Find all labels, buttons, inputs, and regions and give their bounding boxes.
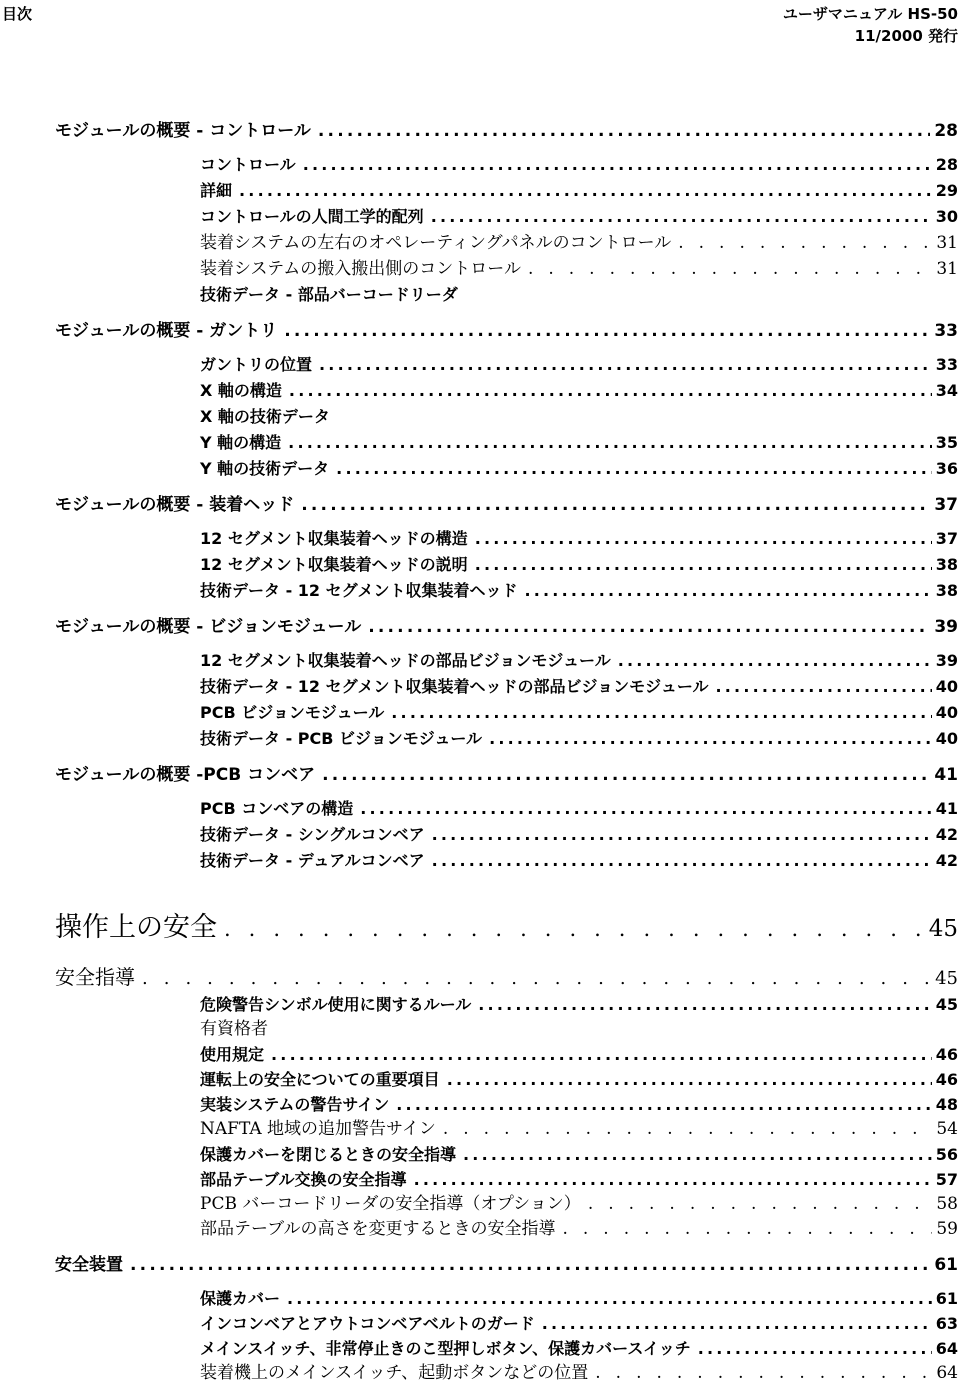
toc-entry-title: モジュールの概要 - コントロール [55,118,311,144]
toc-entry-title: 12 セグメント収集装着ヘッドの説明 [200,552,468,578]
toc-entry-page: 30 [936,204,958,230]
toc-entry-title: Y 軸の技術データ [200,456,329,482]
toc-entry-page: 40 [936,726,958,752]
toc-entry-page: 38 [936,552,958,578]
toc-section-heading: モジュールの概要 - ガントリ33 [0,318,958,344]
toc-entry-page: 40 [936,700,958,726]
dot-leader [284,318,930,344]
toc-sub-entry: 技術データ - 部品バーコードリーダ [0,282,958,308]
toc-sub-entry: 実装システムの警告サイン48 [0,1092,958,1117]
dot-leader [360,796,931,822]
page-header-doc-title: 目次 [2,3,32,24]
toc-entry-title: 技術データ - 部品バーコードリーダ [200,282,458,308]
toc-sub-entry: ガントリの位置33 [0,352,958,378]
toc-entry-page: 42 [936,848,958,874]
dot-leader [414,1167,932,1192]
dot-leader [475,552,932,578]
toc-sub-entry: Y 軸の構造35 [0,430,958,456]
toc-entry-page: 45 [936,992,958,1017]
toc-sub-entry: 装着機上のメインスイッチ、起動ボタンなどの位置64 [0,1361,958,1381]
dot-leader [489,726,932,752]
toc-entry-title: ガントリの位置 [200,352,312,378]
toc-entry-page: 37 [936,526,958,552]
toc-sub-entry: X 軸の構造34 [0,378,958,404]
toc-sub-entry: X 軸の技術データ [0,404,958,430]
table-of-contents: モジュールの概要 - コントロール28コントロール28詳細29コントロールの人間… [0,0,961,1381]
toc-entry-page: 40 [936,674,958,700]
dot-leader [368,614,930,640]
page-header-right: ユーザマニュアル HS-50 11/2000 発行 [783,3,958,47]
toc-entry-title: 保護カバー [200,1286,280,1311]
dot-leader [239,178,932,204]
dot-leader [318,118,930,144]
toc-entry-title: 部品テーブルの高さを変更するときの安全指導 [200,1217,555,1242]
dot-leader [478,992,931,1017]
toc-sub-entry: 有資格者 [0,1017,958,1042]
dot-leader [716,674,932,700]
toc-entry-page: 28 [934,118,958,144]
dot-leader [562,1217,932,1242]
toc-entry-title: PCB コンベアの構造 [200,796,353,822]
dot-leader [432,822,932,848]
toc-entry-page: 46 [936,1042,958,1067]
toc-entry-page: 56 [936,1142,958,1167]
toc-entry-title: コントロールの人間工学的配列 [200,204,424,230]
toc-entry-title: 有資格者 [200,1017,268,1042]
toc-section-heading: モジュールの概要 - 装着ヘッド37 [0,492,958,518]
toc-entry-page: 42 [936,822,958,848]
toc-entry-page: 41 [934,762,958,788]
toc-entry-title: インコンベアとアウトコンベアベルトのガード [200,1311,535,1336]
dot-leader [595,1361,932,1381]
toc-section-heading: モジュールの概要 - ビジョンモジュール39 [0,614,958,640]
toc-entry-page: 64 [936,1336,958,1361]
toc-sub-entry: 技術データ - 12 セグメント収集装着ヘッド38 [0,578,958,604]
toc-entry-title: PCB ビジョンモジュール [200,700,384,726]
toc-entry-page: 58 [936,1192,958,1217]
toc-entry-title: 12 セグメント収集装着ヘッドの構造 [200,526,468,552]
dot-leader [463,1142,932,1167]
toc-entry-page: 34 [936,378,958,404]
toc-entry-page: 33 [936,352,958,378]
toc-entry-title: 操作上の安全 [55,908,217,948]
dot-leader [289,378,932,404]
toc-sub-entry: コントロールの人間工学的配列30 [0,204,958,230]
dot-leader [303,152,932,178]
toc-section-heading: モジュールの概要 -PCB コンベア41 [0,762,958,788]
toc-entry-page: 39 [936,648,958,674]
toc-sub-entry: 技術データ - PCB ビジョンモジュール40 [0,726,958,752]
toc-entry-page: 29 [936,178,958,204]
toc-sub-entry: NAFTA 地域の追加警告サイン54 [0,1117,958,1142]
toc-entry-title: 技術データ - PCB ビジョンモジュール [200,726,482,752]
dot-leader [319,352,932,378]
toc-entry-page: 31 [936,256,958,282]
toc-sub-entry: 技術データ - デュアルコンベア42 [0,848,958,874]
toc-entry-title: 詳細 [200,178,232,204]
dot-leader [588,1192,933,1217]
toc-entry-page: 45 [935,964,958,994]
toc-sub-entry: 技術データ - 12 セグメント収集装着ヘッドの部品ビジョンモジュール40 [0,674,958,700]
toc-entry-title: モジュールの概要 -PCB コンベア [55,762,315,788]
toc-sub-entry: 装着システムの左右のオペレーティングパネルのコントロール31 [0,230,958,256]
toc-entry-page: 57 [936,1167,958,1192]
dot-leader [618,648,932,674]
toc-entry-title: 運転上の安全についての重要項目 [200,1067,440,1092]
toc-entry-title: 12 セグメント収集装着ヘッドの部品ビジョンモジュール [200,648,611,674]
toc-entry-page: 36 [936,456,958,482]
dot-leader [391,700,931,726]
dot-leader [142,962,931,994]
toc-entry-page: 38 [936,578,958,604]
dot-leader [224,908,925,949]
toc-entry-page: 54 [936,1117,958,1142]
toc-entry-page: 33 [934,318,958,344]
toc-entry-title: 保護カバーを閉じるときの安全指導 [200,1142,456,1167]
toc-entry-page: 45 [929,909,958,949]
toc-sub-entry: 12 セグメント収集装着ヘッドの部品ビジョンモジュール39 [0,648,958,674]
toc-entry-title: 装着機上のメインスイッチ、起動ボタンなどの位置 [200,1361,588,1381]
dot-leader [698,1336,932,1361]
dot-leader [271,1042,932,1067]
toc-sub-entry: Y 軸の技術データ36 [0,456,958,482]
toc-entry-page: 31 [936,230,958,256]
toc-section-heading: 安全指導45 [0,962,958,992]
dot-leader [322,762,930,788]
toc-sub-entry: 12 セグメント収集装着ヘッドの説明38 [0,552,958,578]
dot-leader [432,848,932,874]
toc-entry-page: 41 [936,796,958,822]
toc-entry-title: 実装システムの警告サイン [200,1092,389,1117]
toc-entry-title: 危険警告シンボル使用に関するルール [200,992,471,1017]
issue-date: 11/2000 発行 [783,25,958,47]
toc-entry-page: 61 [934,1252,958,1278]
toc-sub-entry: インコンベアとアウトコンベアベルトのガード63 [0,1311,958,1336]
toc-sub-entry: PCB コンベアの構造41 [0,796,958,822]
toc-entry-title: モジュールの概要 - 装着ヘッド [55,492,294,518]
toc-entry-title: 装着システムの左右のオペレーティングパネルのコントロール [200,230,671,256]
toc-entry-page: 48 [936,1092,958,1117]
toc-entry-page: 35 [936,430,958,456]
toc-entry-title: 部品テーブル交換の安全指導 [200,1167,407,1192]
toc-entry-page: 28 [936,152,958,178]
dot-leader [475,526,932,552]
toc-entry-title: 安全装置 [55,1252,123,1278]
toc-entry-title: メインスイッチ、非常停止きのこ型押しボタン、保護カバースイッチ [200,1336,691,1361]
toc-sub-entry: PCB ビジョンモジュール40 [0,700,958,726]
dot-leader [336,456,932,482]
toc-entry-title: X 軸の技術データ [200,404,330,430]
toc-entry-page: 61 [936,1286,958,1311]
toc-entry-title: モジュールの概要 - ビジョンモジュール [55,614,361,640]
dot-leader [288,430,932,456]
toc-section-heading: 安全装置61 [0,1252,958,1278]
toc-entry-title: 使用規定 [200,1042,264,1067]
toc-sub-entry: 危険警告シンボル使用に関するルール45 [0,992,958,1017]
toc-sub-entry: 詳細29 [0,178,958,204]
toc-entry-page: 37 [934,492,958,518]
toc-sub-entry: 使用規定46 [0,1042,958,1067]
dot-leader [287,1286,932,1311]
dot-leader [130,1252,930,1278]
toc-sub-entry: 保護カバー61 [0,1286,958,1311]
toc-entry-page: 64 [936,1361,958,1381]
toc-entry-title: 技術データ - デュアルコンベア [200,848,425,874]
toc-entry-title: NAFTA 地域の追加警告サイン [200,1117,436,1142]
toc-sub-entry: コントロール28 [0,152,958,178]
toc-entry-title: 技術データ - 12 セグメント収集装着ヘッド [200,578,517,604]
dot-leader [396,1092,931,1117]
toc-entry-title: 技術データ - シングルコンベア [200,822,425,848]
toc-entry-title: 装着システムの搬入搬出側のコントロール [200,256,521,282]
toc-section-heading: モジュールの概要 - コントロール28 [0,118,958,144]
toc-entry-title: X 軸の構造 [200,378,282,404]
toc-sub-entry: 装着システムの搬入搬出側のコントロール31 [0,256,958,282]
dot-leader [524,578,931,604]
dot-leader [443,1117,933,1142]
toc-entry-title: Y 軸の構造 [200,430,281,456]
toc-entry-page: 59 [936,1217,958,1242]
toc-entry-title: 技術データ - 12 セグメント収集装着ヘッドの部品ビジョンモジュール [200,674,709,700]
toc-entry-title: PCB バーコードリーダの安全指導（オプション） [200,1192,581,1217]
toc-sub-entry: 部品テーブル交換の安全指導57 [0,1167,958,1192]
toc-entry-page: 39 [934,614,958,640]
dot-leader [431,204,932,230]
toc-entry-title: モジュールの概要 - ガントリ [55,318,277,344]
toc-entry-page: 63 [936,1311,958,1336]
toc-entry-title: 安全指導 [55,962,135,992]
toc-sub-entry: 技術データ - シングルコンベア42 [0,822,958,848]
dot-leader [528,256,932,282]
toc-sub-entry: 12 セグメント収集装着ヘッドの構造37 [0,526,958,552]
toc-sub-entry: メインスイッチ、非常停止きのこ型押しボタン、保護カバースイッチ64 [0,1336,958,1361]
toc-sub-entry: 保護カバーを閉じるときの安全指導56 [0,1142,958,1167]
dot-leader [542,1311,932,1336]
manual-title: ユーザマニュアル HS-50 [783,3,958,25]
toc-entry-page: 46 [936,1067,958,1092]
manual-toc-page: 目次 ユーザマニュアル HS-50 11/2000 発行 モジュールの概要 - … [0,0,961,1381]
toc-sub-entry: 運転上の安全についての重要項目46 [0,1067,958,1092]
toc-chapter-heading: 操作上の安全45 [0,908,958,948]
dot-leader [447,1067,932,1092]
toc-sub-entry: 部品テーブルの高さを変更するときの安全指導59 [0,1217,958,1242]
toc-entry-title: コントロール [200,152,296,178]
dot-leader [678,230,932,256]
dot-leader [301,492,930,518]
toc-sub-entry: PCB バーコードリーダの安全指導（オプション）58 [0,1192,958,1217]
